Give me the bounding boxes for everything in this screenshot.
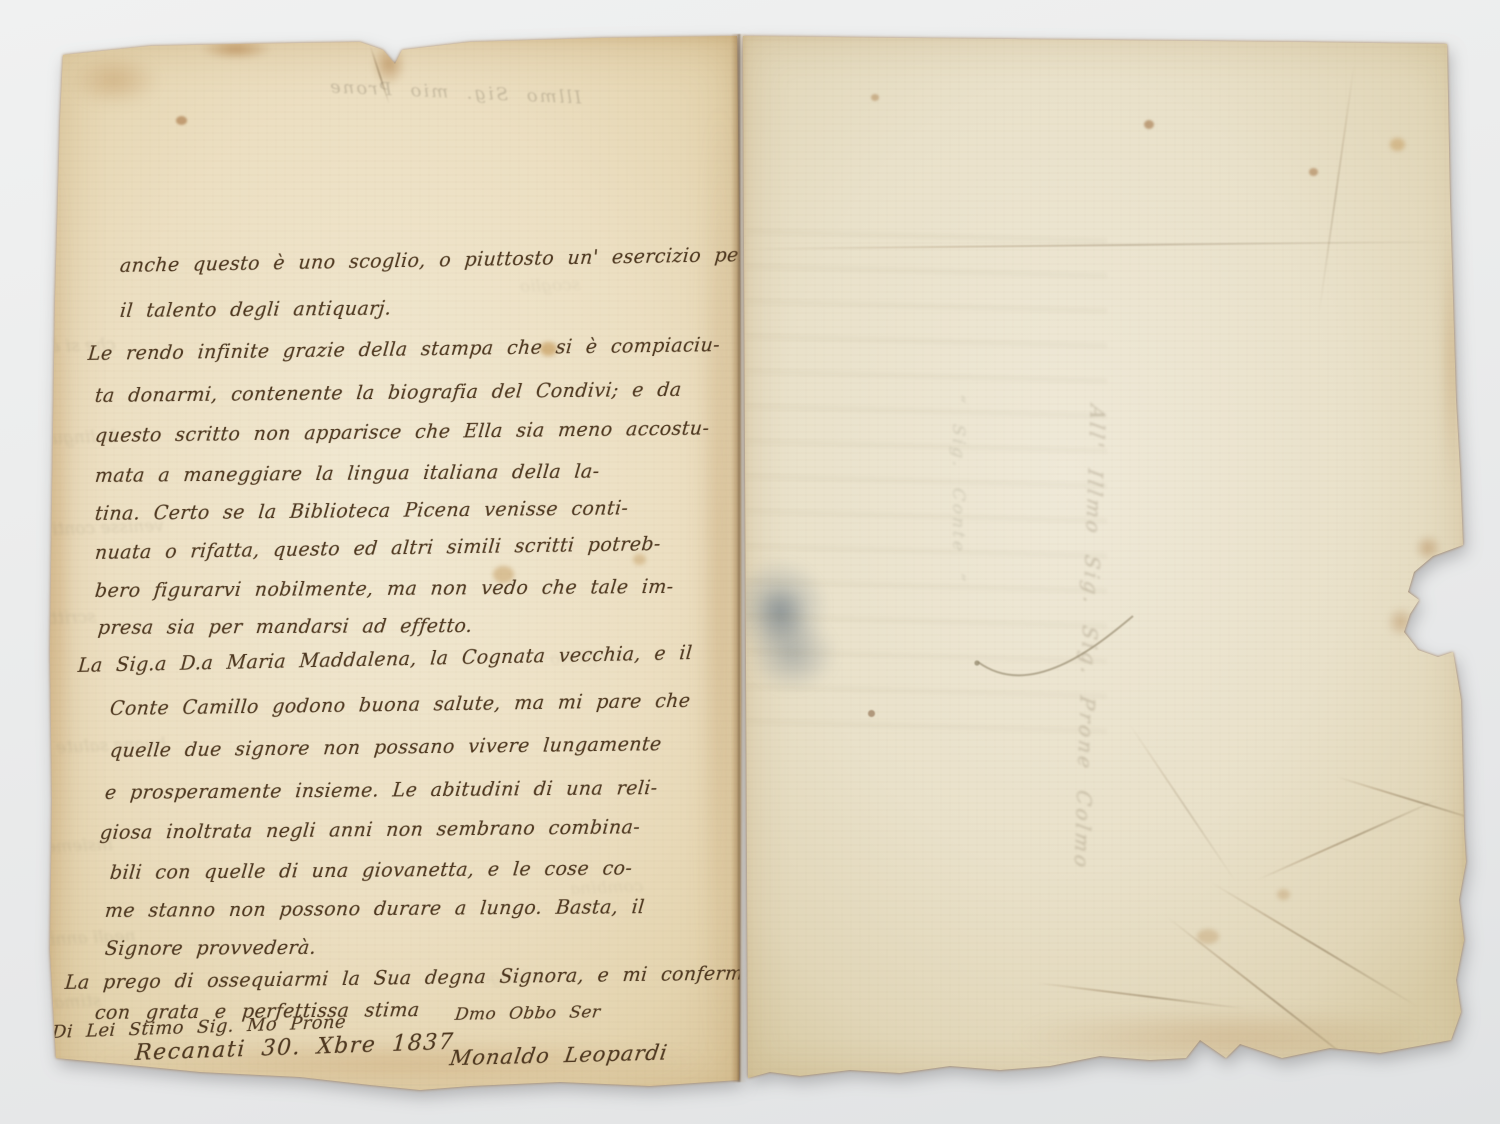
tear-rim-stain [1414,534,1442,562]
valediction: Dmo Obbo Ser [454,1002,602,1025]
foxing-dot [1309,168,1318,176]
letter-line: mata a maneggiare la lingua italiana del… [94,461,601,487]
letter-page-left-wrap: Illmo Sig. mio Prone che si è la lingua … [50,36,742,1100]
ghost-fragment: scoglio [520,275,581,297]
bottom-edge-toning [1012,1009,1442,1064]
foxing-dot [176,116,187,125]
pencil-stroke [962,594,1162,714]
foxing-dot [1144,120,1154,129]
photo-of-manuscript-letter: Illmo Sig. mio Prone che si è la lingua … [0,0,1500,1124]
foxing-dot [633,554,646,565]
tear-rim-stain [1386,606,1416,638]
letter-line: presa sia per mandarsi ad effetto. [97,615,474,639]
foxing-stain [200,38,272,60]
letter-line: il talento degli antiquarj. [119,298,393,322]
center-fold-shadow [731,34,747,1082]
ghost-fragment: scritti [50,607,96,629]
foxing-dot [1277,889,1290,900]
letter-page-right-wrap: All' Illmo Sig. Sig. Prone Colmo “ Sig. … [742,34,1468,1084]
right-edge-toning [1442,224,1460,494]
foxing-dot [1390,138,1405,151]
letter-line: me stanno non possono durare a lungo. Ba… [104,896,646,922]
letter-page-left: Illmo Sig. mio Prone che si è la lingua … [50,36,742,1100]
letter-line: Signore provvederà. [104,937,317,960]
letter-line: bili con quelle di una giovanetta, e le … [109,857,633,884]
foxing-stain [68,54,160,106]
foxing-dot [871,94,879,101]
letter-line: bero figurarvi nobilmente, ma non vedo c… [94,576,675,602]
vertical-address-script-secondary: “ Sig. Conte ” [948,393,968,615]
letter-page-right: All' Illmo Sig. Sig. Prone Colmo “ Sig. … [742,34,1468,1084]
